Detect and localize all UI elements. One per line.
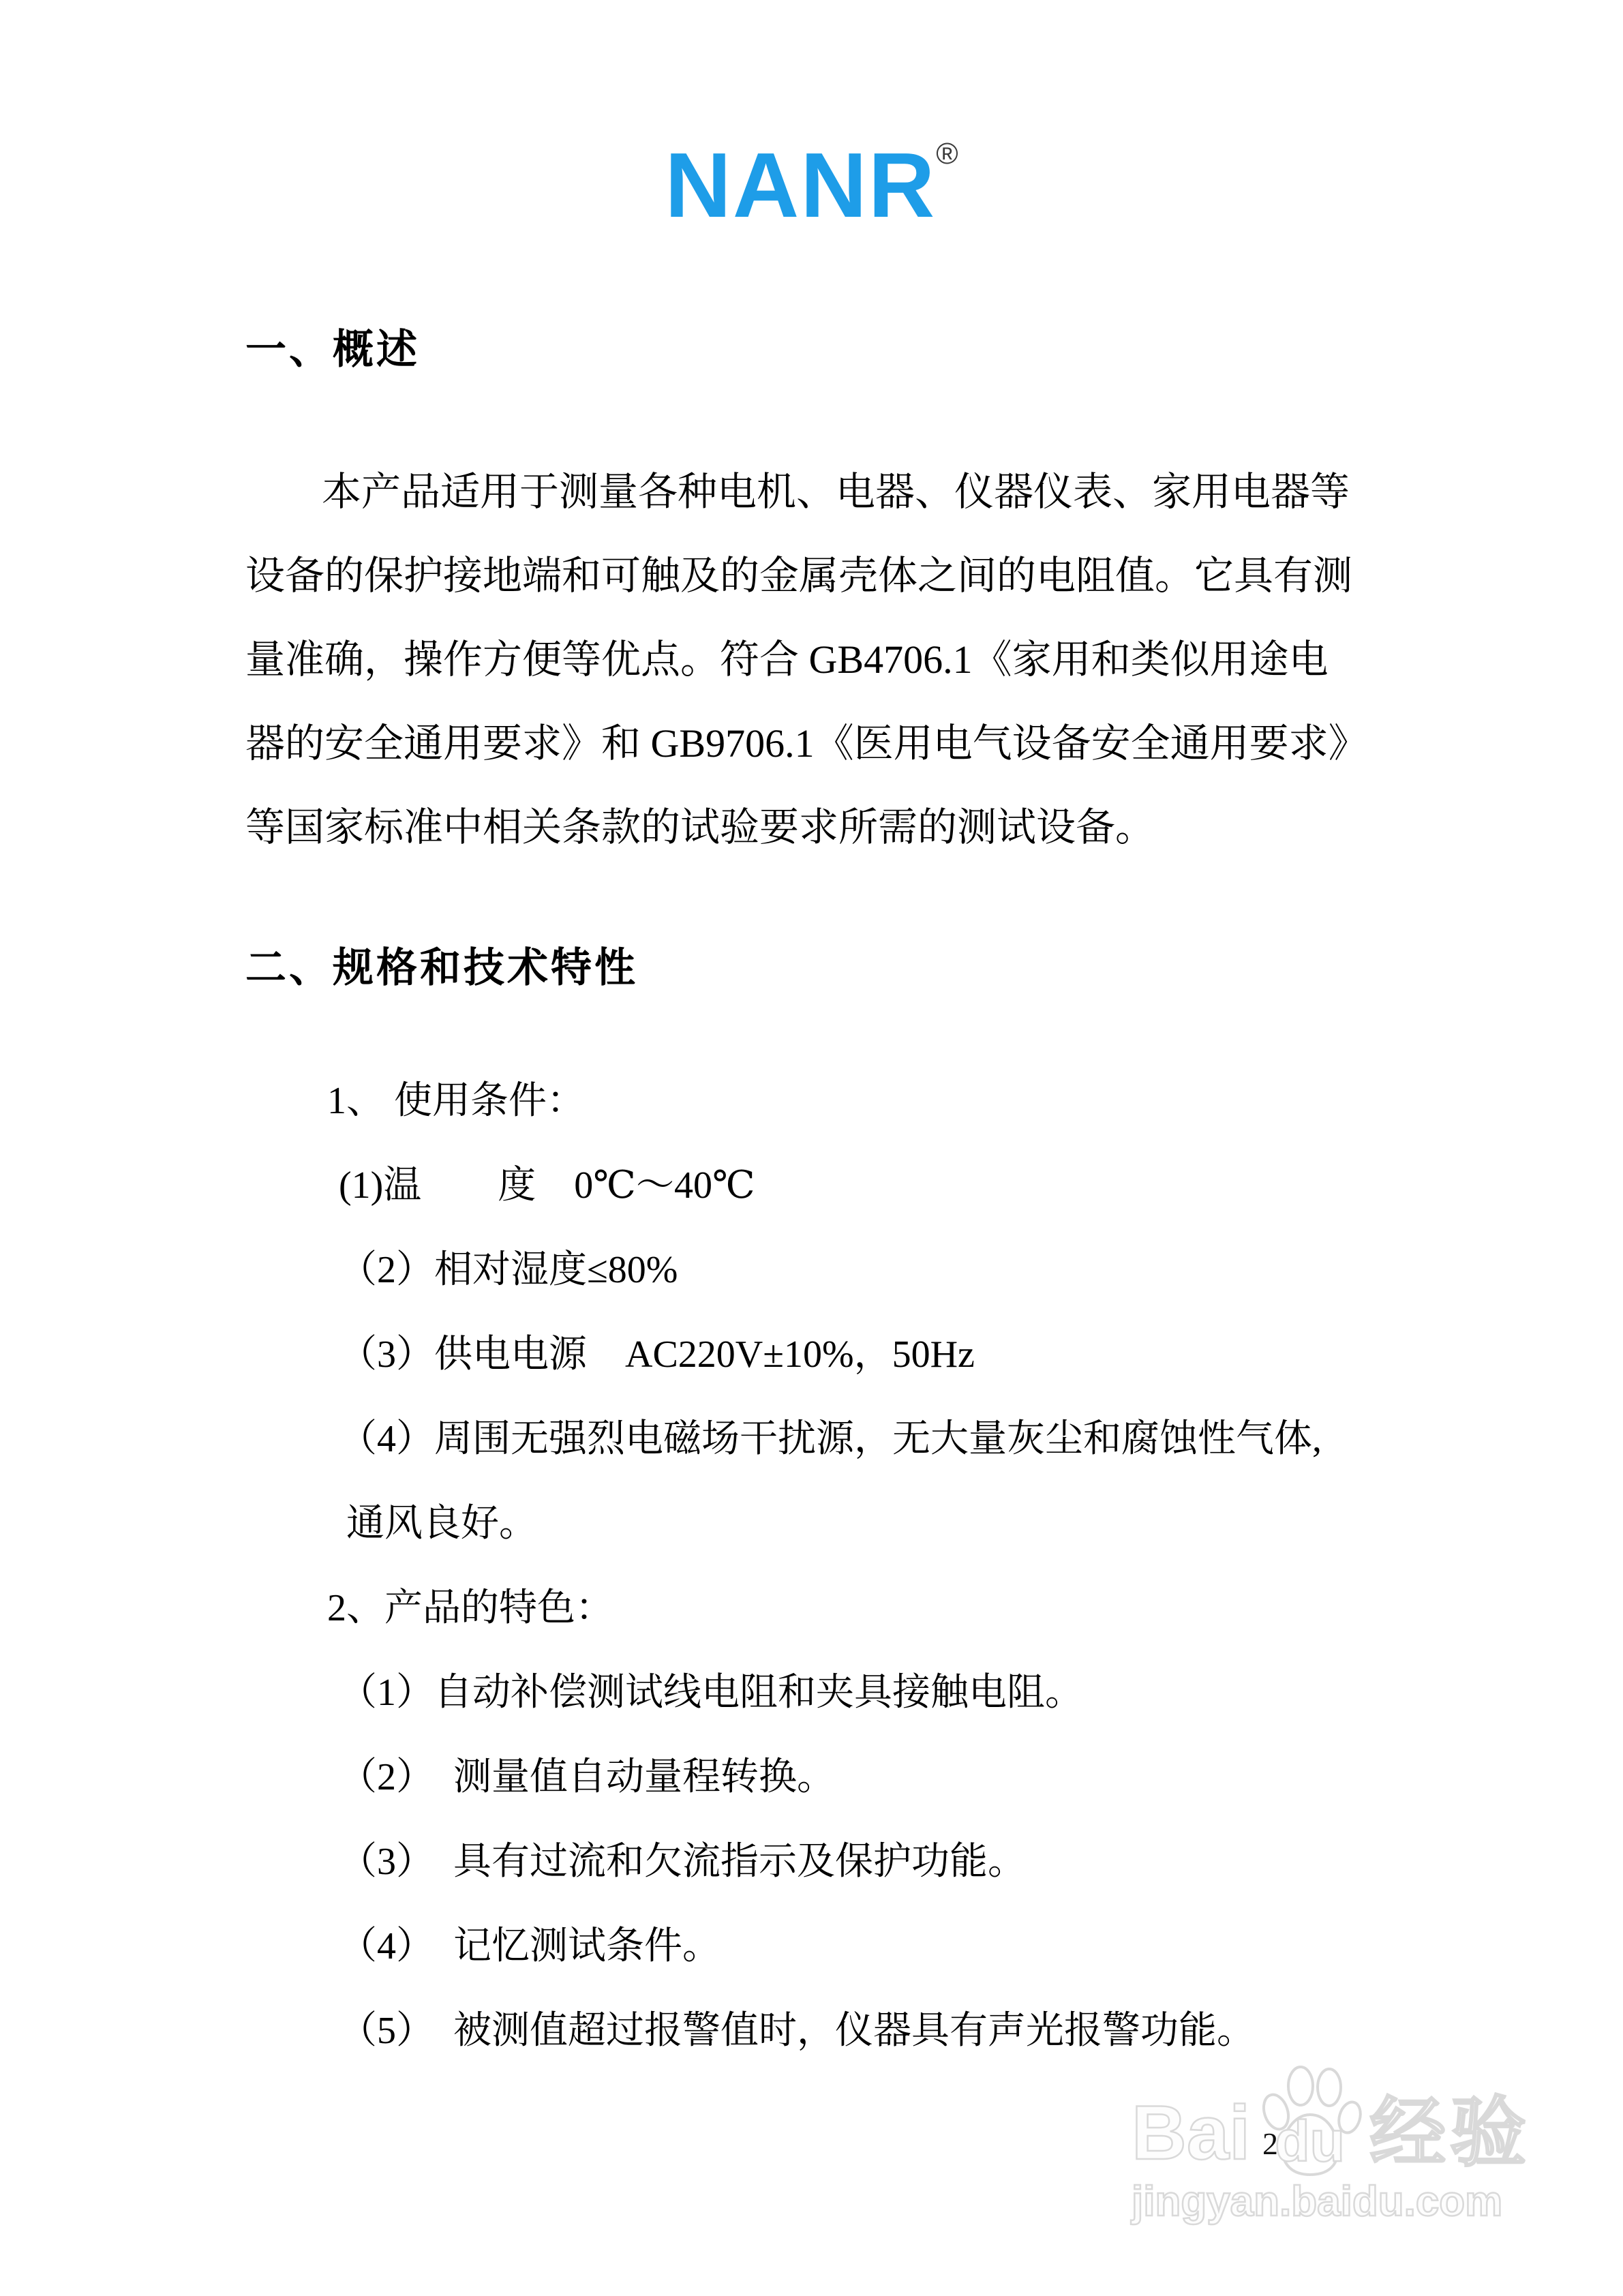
watermark-url: jingyan.baidu.com xyxy=(1132,2181,1568,2223)
section-heading-specs: 二、规格和技术特性 xyxy=(245,948,638,988)
list-item: （4） 记忆测试条件。 xyxy=(245,1904,1445,1989)
overview-paragraph: 本产品适用于测量各种电机、电器、仪器仪表、家用电器等 设备的保护接地端和可触及的… xyxy=(245,450,1397,869)
section-heading-overview: 一、概述 xyxy=(245,329,420,370)
page-number: 2 xyxy=(1262,2128,1278,2160)
list-item: （3） 具有过流和欠流指示及保护功能。 xyxy=(245,1819,1445,1904)
paragraph-line: 等国家标准中相关条款的试验要求所需的测试设备。 xyxy=(245,785,1397,869)
list-item: (1)温 度 0℃～40℃ xyxy=(245,1143,1445,1228)
list-item: （2）相对湿度≤80% xyxy=(245,1228,1445,1312)
list-item: （1）自动补偿测试线电阻和夹具接触电阻。 xyxy=(245,1650,1445,1735)
baidu-jingyan-watermark: Bai du 经验 jingyan.baidu.com xyxy=(1132,2052,1568,2223)
list-item: （3）供电电源 AC220V±10%，50Hz xyxy=(245,1312,1445,1397)
baidu-paw-icon: du xyxy=(1253,2061,1365,2181)
paragraph-line: 量准确，操作方便等优点。符合 GB4706.1《家用和类似用途电 xyxy=(245,618,1397,701)
list-item: 2、产品的特色： xyxy=(245,1566,1445,1650)
list-item-continuation: 通风良好。 xyxy=(245,1481,1445,1566)
registered-trademark-icon: ® xyxy=(936,137,958,170)
watermark-brand-row: Bai du 经验 xyxy=(1132,2052,1568,2171)
watermark-jingyan-text: 经验 xyxy=(1369,2095,1530,2171)
specs-list: 1、 使用条件： (1)温 度 0℃～40℃ （2）相对湿度≤80% （3）供电… xyxy=(245,1059,1445,2073)
list-item: 1、 使用条件： xyxy=(245,1059,1445,1143)
brand-logo: NANR® xyxy=(0,108,1623,231)
paragraph-line: 器的安全通用要求》和 GB9706.1《医用电气设备安全通用要求》 xyxy=(245,701,1397,785)
document-page: { "logo": { "text": "NANR", "registered_… xyxy=(0,0,1623,2296)
paragraph-line: 本产品适用于测量各种电机、电器、仪器仪表、家用电器等 xyxy=(245,450,1397,534)
paragraph-line: 设备的保护接地端和可触及的金属壳体之间的电阻值。它具有测 xyxy=(245,534,1397,618)
list-item: （4）周围无强烈电磁场干扰源，无大量灰尘和腐蚀性气体, xyxy=(245,1397,1445,1481)
watermark-bai-text: Bai xyxy=(1132,2095,1250,2171)
brand-logo-text: NANR xyxy=(665,134,936,237)
watermark-du-text: du xyxy=(1275,2113,1345,2170)
list-item: （2） 测量值自动量程转换。 xyxy=(245,1735,1445,1819)
